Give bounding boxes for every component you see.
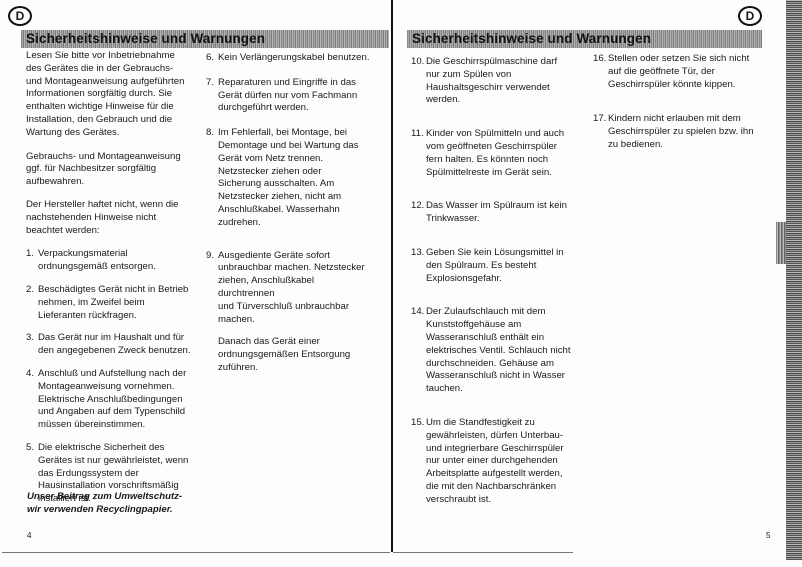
right-column-2: 16.Stellen oder setzen Sie sich nicht au… [593,53,773,162]
item-number: 11. [411,128,426,179]
item-text: Beschädigtes Gerät nicht in Betrieb nehm… [38,284,196,322]
item-number: 10. [411,56,426,107]
item-number: 7. [206,77,218,115]
language-badge: D [8,6,32,26]
list-item: 2.Beschädigtes Gerät nicht in Betrieb ne… [26,284,196,322]
page-number: 4 [27,531,31,540]
item-number: 9. [206,250,218,327]
page-edge-shadow [786,0,802,560]
item-text: Reparaturen und Eingriffe in das Gerät d… [218,77,386,115]
item-text: Die Geschirrspülmaschine darf nur zum Sp… [426,56,591,107]
right-column-1: 10.Die Geschirrspülmaschine darf nur zum… [411,56,591,517]
section-header-bar: Sicherheitshinweise und Warnungen [21,30,389,48]
safety-list: 16.Stellen oder setzen Sie sich nicht au… [593,53,773,152]
item-number: 1. [26,248,38,274]
item-number: 6. [206,52,218,65]
list-item: 13.Geben Sie kein Lösungsmittel in den S… [411,247,591,285]
list-item: 16.Stellen oder setzen Sie sich nicht au… [593,53,773,91]
list-item: 4.Anschluß und Aufstellung nach der Mont… [26,368,196,432]
item-number: 12. [411,200,426,226]
list-item: 17.Kindern nicht erlauben mit dem Geschi… [593,113,773,151]
list-item: 15.Um die Standfestigkeit zu gewährleist… [411,417,591,507]
left-column-2: 6.Kein Verlängerungskabel benutzen.7.Rep… [206,52,386,385]
language-badge: D [738,6,762,26]
safety-list: 1.Verpackungsmaterial ordnungsgemäß ents… [26,248,196,506]
intro-paragraph: Gebrauchs- und Montageanweisung ggf. für… [26,151,196,189]
bottom-rule [393,552,573,553]
item-text: Im Fehlerfall, bei Montage, bei Demontag… [218,127,386,229]
section-title: Sicherheitshinweise und Warnungen [412,30,651,48]
item-number: 4. [26,368,38,432]
bottom-rule [2,552,390,553]
list-item: 7.Reparaturen und Eingriffe in das Gerät… [206,77,386,115]
left-page: D Sicherheitshinweise und Warnungen Lese… [0,0,392,567]
item-text: Geben Sie kein Lösungsmittel in den Spül… [426,247,591,285]
item-text: Um die Standfestigkeit zu gewährleisten,… [426,417,591,507]
item-number: 14. [411,306,426,396]
page-number: 5 [766,531,770,540]
left-column-1: Lesen Sie bitte vor Inbetriebnahme des G… [26,50,196,516]
item-number: 8. [206,127,218,229]
intro-paragraph: Lesen Sie bitte vor Inbetriebnahme des G… [26,50,196,140]
list-item: 6.Kein Verlängerungskabel benutzen. [206,52,386,65]
safety-list: 6.Kein Verlängerungskabel benutzen.7.Rep… [206,52,386,326]
list-item: 12.Das Wasser im Spülraum ist kein Trink… [411,200,591,226]
right-page: D Sicherheitshinweise und Warnungen 10.D… [393,0,802,567]
item-number: 17. [593,113,608,151]
list-item: 3.Das Gerät nur im Haushalt und für den … [26,332,196,358]
item-text: Kein Verlängerungskabel benutzen. [218,52,386,65]
section-title: Sicherheitshinweise und Warnungen [26,30,265,48]
intro-paragraph: Der Hersteller haftet nicht, wenn die na… [26,199,196,237]
item-text: Das Gerät nur im Haushalt und für den an… [38,332,196,358]
item-text: Das Wasser im Spülraum ist kein Trinkwas… [426,200,591,226]
item-number: 16. [593,53,608,91]
list-item: 11.Kinder von Spülmitteln und auch vom g… [411,128,591,179]
list-item: 1.Verpackungsmaterial ordnungsgemäß ents… [26,248,196,274]
item-text: Der Zulaufschlauch mit dem Kunststoffgeh… [426,306,591,396]
item-number: 3. [26,332,38,358]
item-text: Kindern nicht erlauben mit dem Geschirrs… [608,113,773,151]
item-number: 13. [411,247,426,285]
item9-followup: Danach das Gerät einer ordnungsgemäßen E… [218,336,386,374]
item-text: Kinder von Spülmitteln und auch vom geöf… [426,128,591,179]
item-text: Verpackungsmaterial ordnungsgemäß entsor… [38,248,196,274]
list-item: 10.Die Geschirrspülmaschine darf nur zum… [411,56,591,107]
item-text: Anschluß und Aufstellung nach der Montag… [38,368,196,432]
item-number: 15. [411,417,426,507]
list-item: 8.Im Fehlerfall, bei Montage, bei Demont… [206,127,386,229]
list-item: 9.Ausgediente Geräte sofort unbrauchbar … [206,250,386,327]
item-text: Ausgediente Geräte sofort unbrauchbar ma… [218,250,386,327]
list-item: 14.Der Zulaufschlauch mit dem Kunststoff… [411,306,591,396]
item-text: Stellen oder setzen Sie sich nicht auf d… [608,53,773,91]
eco-note: Unser Beitrag zum Umweltschutz- wir verw… [27,491,182,516]
item-number: 2. [26,284,38,322]
safety-list: 10.Die Geschirrspülmaschine darf nur zum… [411,56,591,507]
section-header-bar: Sicherheitshinweise und Warnungen [407,30,762,48]
